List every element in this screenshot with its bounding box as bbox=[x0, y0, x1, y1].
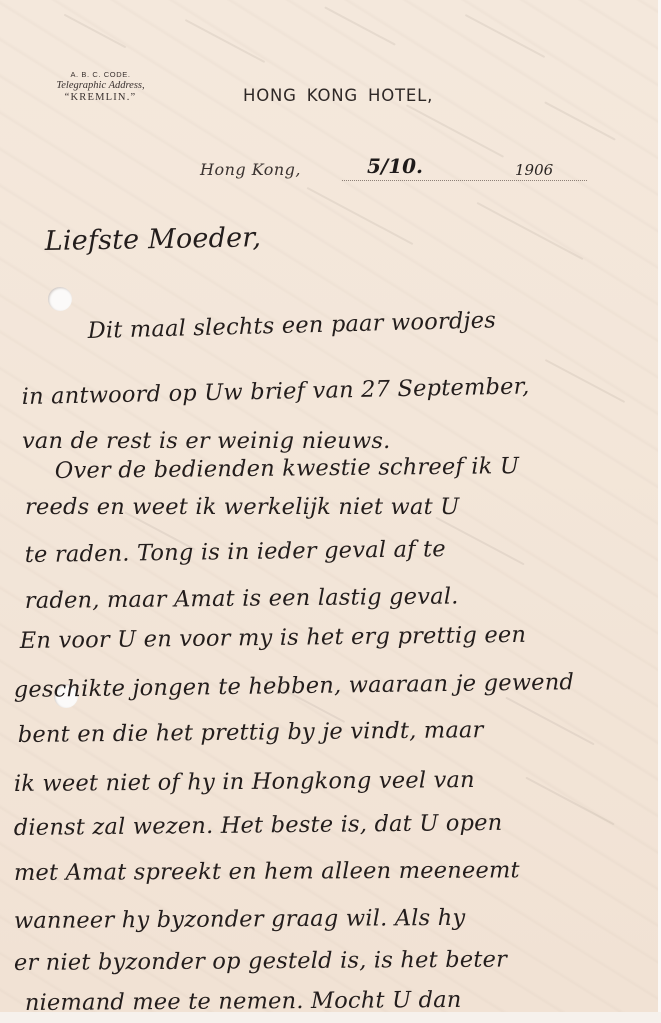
show-through-mark bbox=[545, 359, 625, 403]
show-through-mark bbox=[307, 187, 414, 245]
letterhead-telegraph-block: A. B. C. CODE. Telegraphic Address, “KRE… bbox=[38, 70, 163, 104]
letter-line: raden, maar Amat is een lastig geval. bbox=[25, 583, 459, 614]
show-through-mark bbox=[324, 6, 396, 45]
letter-line: geschikte jongen te hebben, waaraan je g… bbox=[14, 669, 575, 703]
dateline-day-month: 5/10. bbox=[367, 154, 423, 178]
show-through-mark bbox=[185, 19, 265, 63]
letter-page: A. B. C. CODE. Telegraphic Address, “KRE… bbox=[0, 0, 661, 1023]
dateline: Hong Kong, 5/10. 1906 bbox=[200, 160, 590, 186]
letter-line: Over de bedienden kwestie schreef ik U bbox=[55, 453, 519, 484]
letter-line: Dit maal slechts een paar woordjes bbox=[87, 307, 496, 344]
letter-line: En voor U en voor my is het erg prettig … bbox=[20, 622, 527, 654]
hotel-name-heading: HONG KONG HOTEL, bbox=[243, 86, 433, 105]
letter-line: reeds en weet ik werkelijk niet wat U bbox=[25, 494, 459, 520]
telegraphic-address-value: “KREMLIN.” bbox=[38, 91, 163, 104]
show-through-mark bbox=[505, 697, 594, 746]
show-through-mark bbox=[544, 101, 616, 140]
show-through-mark bbox=[465, 14, 545, 58]
telegraphic-address-label: Telegraphic Address, bbox=[38, 80, 163, 91]
dateline-dotted-rule bbox=[342, 180, 587, 181]
abc-code-label: A. B. C. CODE. bbox=[38, 70, 163, 80]
letter-line: niemand mee te nemen. Mocht U dan bbox=[25, 987, 462, 1016]
letter-line: te raden. Tong is in ieder geval af te bbox=[25, 536, 446, 568]
show-through-mark bbox=[406, 104, 504, 157]
dateline-year: 1906 bbox=[515, 161, 553, 179]
letter-line: ik weet niet of hy in Hongkong veel van bbox=[14, 767, 475, 797]
show-through-mark bbox=[435, 517, 524, 566]
letter-line: dienst zal wezen. Het beste is, dat U op… bbox=[14, 810, 503, 841]
punch-hole bbox=[48, 287, 72, 311]
show-through-mark bbox=[525, 777, 614, 826]
letter-line: wanneer hy byzonder graag wil. Als hy bbox=[14, 905, 466, 934]
letter-line: met Amat spreekt en hem alleen meeneemt bbox=[14, 857, 520, 886]
show-through-mark bbox=[64, 14, 127, 49]
letter-line: er niet byzonder op gesteld is, is het b… bbox=[14, 947, 507, 976]
letter-line: van de rest is er weinig nieuws. bbox=[22, 428, 390, 454]
show-through-mark bbox=[477, 202, 584, 260]
dateline-place: Hong Kong, bbox=[200, 160, 301, 179]
salutation: Liefste Moeder, bbox=[44, 222, 261, 257]
letter-line: bent en die het prettig by je vindt, maa… bbox=[18, 717, 484, 748]
letter-line: in antwoord op Uw brief van 27 September… bbox=[21, 373, 529, 410]
